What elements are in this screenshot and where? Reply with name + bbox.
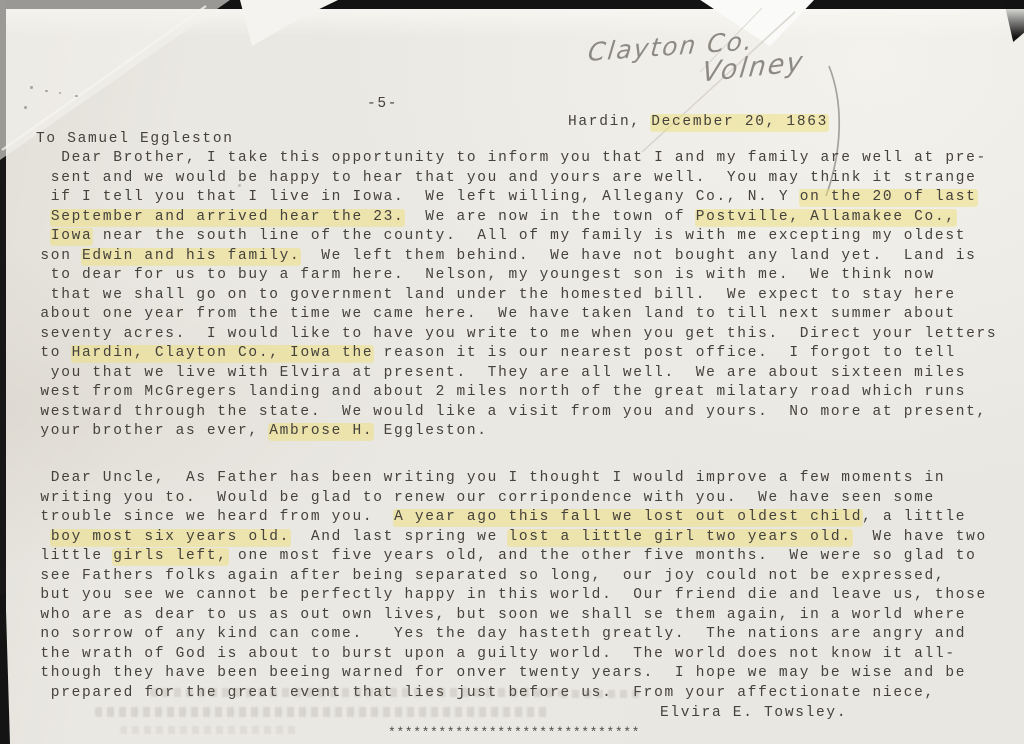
bleedthrough-smudge — [120, 726, 300, 734]
typed-text: the wrath of God is about to burst upon … — [30, 646, 956, 662]
letter-line: Dear Brother, I take this opportunity to… — [30, 149, 997, 169]
typed-text: west from McGregers landing and about 2 … — [30, 384, 966, 400]
typed-text — [30, 529, 51, 545]
letter-line: that we shall go on to government land u… — [30, 286, 997, 306]
highlighted-text: Postville, Allamakee Co., — [696, 209, 956, 225]
typed-text: who are as dear to us as out own lives, … — [30, 607, 966, 623]
letter-line: sent and we would be happy to hear that … — [30, 169, 997, 189]
signature-line: Elvira E. Towsley. — [660, 704, 847, 724]
typed-text: near the south line of the county. All o… — [92, 228, 966, 244]
typed-text: your brother as ever, — [30, 423, 269, 439]
letter-line: the wrath of God is about to burst upon … — [30, 645, 987, 665]
typed-text: to — [30, 345, 72, 361]
typed-text: And last spring we — [290, 529, 508, 545]
typed-text: writing you to. Would be glad to renew o… — [30, 490, 935, 506]
scan-border-left-bottom — [0, 594, 10, 744]
paper-speck — [45, 90, 48, 92]
typed-text: you that we live with Elvira at present.… — [30, 365, 966, 381]
letter-line: though they have been beeing warned for … — [30, 664, 987, 684]
highlighted-text: lost a little girl two years old. — [508, 529, 851, 545]
paper-speck — [30, 86, 33, 89]
typed-text: , a little — [862, 509, 966, 525]
letter-line: to dear for us to buy a farm here. Nelso… — [30, 266, 997, 286]
letter-line: you that we live with Elvira at present.… — [30, 364, 997, 384]
highlighted-text: Edwin and his family. — [82, 248, 300, 264]
dateline: Hardin, December 20, 1863 — [568, 113, 828, 133]
letter-line: no sorrow of any kind can come. Yes the … — [30, 625, 987, 645]
asterisk-divider: ****************************** — [388, 723, 640, 743]
highlighted-text: Ambrose H. — [269, 423, 373, 439]
typed-text: seventy acres. I would like to have you … — [30, 326, 997, 342]
second-letter-body: Dear Uncle, As Father has been writing y… — [30, 469, 987, 703]
letter-line: but you see we cannot be perfectly happy… — [30, 586, 987, 606]
scanned-letter-document: Clayton Co. Volney -5- Hardin, December … — [0, 0, 1024, 744]
highlighted-text: boy most six years old. — [51, 529, 290, 545]
typed-text: one most five years old, and the other f… — [228, 548, 977, 564]
page-number: -5- — [367, 95, 398, 115]
typed-text: that we shall go on to government land u… — [30, 287, 956, 303]
highlighted-text: September and arrived hear the 23. — [51, 209, 405, 225]
first-letter-body: Dear Brother, I take this opportunity to… — [30, 149, 997, 442]
typed-text — [30, 209, 51, 225]
typed-text: westward through the state. We would lik… — [30, 404, 987, 420]
typed-text: sent and we would be happy to hear that … — [30, 170, 977, 186]
letter-line: September and arrived hear the 23. We ar… — [30, 208, 997, 228]
paper-speck — [59, 92, 61, 94]
highlighted-text: Iowa — [51, 228, 93, 244]
typed-text: We left them behind. We have not bought … — [300, 248, 976, 264]
typed-text: Hardin, — [568, 114, 651, 130]
letter-line: seventy acres. I would like to have you … — [30, 325, 997, 345]
letter-line: to Hardin, Clayton Co., Iowa the reason … — [30, 344, 997, 364]
typed-text: Dear Uncle, As Father has been writing y… — [30, 470, 945, 486]
letter-line: about one year from the time we came her… — [30, 305, 997, 325]
highlighted-text: Hardin, Clayton Co., Iowa the — [72, 345, 374, 361]
typed-text: see Fathers folks again after being sepa… — [30, 568, 945, 584]
letter-line: son Edwin and his family. We left them b… — [30, 247, 997, 267]
typed-text: We are now in the town of — [404, 209, 695, 225]
letter-line: writing you to. Would be glad to renew o… — [30, 489, 987, 509]
paper-speck — [24, 106, 27, 109]
paper-speck — [75, 95, 78, 97]
typed-text: no sorrow of any kind can come. Yes the … — [30, 626, 966, 642]
typed-text: to dear for us to buy a farm here. Nelso… — [30, 267, 935, 283]
letter-line: westward through the state. We would lik… — [30, 403, 997, 423]
typed-text: son — [30, 248, 82, 264]
letter-line: if I tell you that I live in Iowa. We le… — [30, 188, 997, 208]
bleedthrough-smudge — [150, 688, 560, 697]
typed-text: reason it is our nearest post office. I … — [373, 345, 955, 361]
typed-text: but you see we cannot be perfectly happy… — [30, 587, 987, 603]
highlighted-text: on the 20 of last — [800, 189, 977, 205]
typed-text: if I tell you that I live in Iowa. We le… — [30, 189, 800, 205]
typed-text: Dear Brother, I take this opportunity to… — [30, 150, 987, 166]
letter-line: boy most six years old. And last spring … — [30, 528, 987, 548]
letter-line: see Fathers folks again after being sepa… — [30, 567, 987, 587]
typed-text: about one year from the time we came her… — [30, 306, 956, 322]
typed-text: little — [30, 548, 113, 564]
letter-line: Iowa near the south line of the county. … — [30, 227, 997, 247]
highlighted-text: A year ago this fall we lost out oldest … — [394, 509, 862, 525]
typed-text: Eggleston. — [373, 423, 487, 439]
highlighted-text: girls left, — [113, 548, 227, 564]
typed-text: trouble since we heard from you. — [30, 509, 394, 525]
bleedthrough-smudge — [560, 690, 640, 698]
letter-line: Dear Uncle, As Father has been writing y… — [30, 469, 987, 489]
letter-line: trouble since we heard from you. A year … — [30, 508, 987, 528]
letter-line: who are as dear to us as out own lives, … — [30, 606, 987, 626]
highlighted-text: December 20, 1863 — [651, 114, 828, 130]
typed-text: We have two — [852, 529, 987, 545]
recipient-line: To Samuel Eggleston — [36, 130, 234, 150]
typed-text — [30, 228, 51, 244]
typed-text: though they have been beeing warned for … — [30, 665, 966, 681]
letter-line: west from McGregers landing and about 2 … — [30, 383, 997, 403]
bleedthrough-smudge — [95, 707, 550, 717]
letter-line: your brother as ever, Ambrose H. Egglest… — [30, 422, 997, 442]
letter-line: Hardin, December 20, 1863 — [568, 113, 828, 133]
letter-line: little girls left, one most five years o… — [30, 547, 987, 567]
